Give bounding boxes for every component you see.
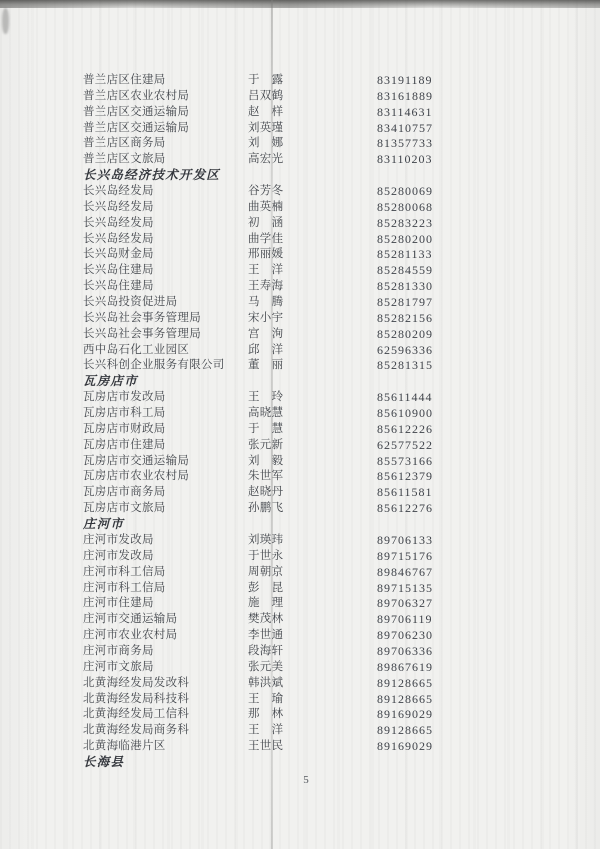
- organization-name: 普兰店区文旅局: [83, 152, 166, 168]
- contact-person-name: 王世民: [248, 739, 283, 755]
- contact-person-name: 那 林: [248, 707, 283, 723]
- organization-name: 庄河市发改局: [83, 549, 154, 565]
- contact-person-name: 周朝京: [248, 565, 283, 581]
- directory-row: 西中岛石化工业园区邱 洋62596336: [83, 343, 575, 359]
- contact-person-name: 孙鹏飞: [248, 501, 283, 517]
- contact-person-name: 刘瑛玮: [248, 533, 283, 549]
- phone-number: 85280209: [377, 327, 433, 343]
- phone-number: 85612226: [377, 422, 433, 438]
- directory-row: 庄河市科工信局彭 昆89715135: [83, 581, 575, 597]
- organization-name: 庄河市文旅局: [83, 660, 154, 676]
- phone-number: 85281797: [377, 295, 433, 311]
- phone-number: 81357733: [377, 136, 433, 152]
- contact-person-name: 刘英瑾: [248, 121, 283, 137]
- phone-number: 89706119: [377, 612, 433, 628]
- directory-section: 庄河市庄河市发改局刘瑛玮89706133庄河市发改局于世永89715176庄河市…: [83, 517, 575, 755]
- phone-number: 83161889: [377, 89, 433, 105]
- directory-row: 长兴岛社会事务管理局宫 洵85280209: [83, 327, 575, 343]
- phone-number: 89706230: [377, 628, 433, 644]
- contact-person-name: 赵 样: [248, 105, 283, 121]
- contact-directory: 普兰店区住建局于 露83191189普兰店区农业农村局吕双鹤83161889普兰…: [83, 73, 575, 771]
- contact-person-name: 邢丽媛: [248, 247, 283, 263]
- contact-person-name: 韩洪斌: [248, 676, 283, 692]
- contact-person-name: 于 露: [248, 73, 283, 89]
- phone-number: 89715176: [377, 549, 433, 565]
- contact-person-name: 初 涵: [248, 216, 283, 232]
- organization-name: 瓦房店市文旅局: [83, 501, 166, 517]
- organization-name: 瓦房店市发改局: [83, 390, 166, 406]
- directory-row: 瓦房店市文旅局孙鹏飞85612276: [83, 501, 575, 517]
- directory-row: 长兴岛经发局曲学佳85280200: [83, 232, 575, 248]
- contact-person-name: 于世永: [248, 549, 283, 565]
- phone-number: 62596336: [377, 343, 433, 359]
- contact-person-name: 宫 洵: [248, 327, 283, 343]
- organization-name: 普兰店区住建局: [83, 73, 166, 89]
- organization-name: 北黄海临港片区: [83, 739, 166, 755]
- directory-row: 庄河市商务局段海轩89706336: [83, 644, 575, 660]
- organization-name: 西中岛石化工业园区: [83, 343, 189, 359]
- contact-person-name: 王寿海: [248, 279, 283, 295]
- directory-section: 普兰店区住建局于 露83191189普兰店区农业农村局吕双鹤83161889普兰…: [83, 73, 575, 168]
- section-title: 长兴岛经济技术开发区: [83, 168, 575, 184]
- directory-section: 长海县: [83, 755, 575, 771]
- directory-row: 庄河市住建局施 理89706327: [83, 596, 575, 612]
- directory-row: 长兴岛经发局谷芳冬85280069: [83, 184, 575, 200]
- contact-person-name: 王 瑜: [248, 692, 283, 708]
- phone-number: 89706336: [377, 644, 433, 660]
- organization-name: 庄河市农业农村局: [83, 628, 177, 644]
- organization-name: 瓦房店市农业农村局: [83, 469, 189, 485]
- organization-name: 瓦房店市财政局: [83, 422, 166, 438]
- contact-person-name: 董 丽: [248, 358, 283, 374]
- phone-number: 89128665: [377, 692, 433, 708]
- phone-number: 85612379: [377, 469, 433, 485]
- contact-person-name: 宋小宇: [248, 311, 283, 327]
- organization-name: 庄河市科工信局: [83, 581, 166, 597]
- directory-row: 普兰店区农业农村局吕双鹤83161889: [83, 89, 575, 105]
- organization-name: 长兴岛经发局: [83, 200, 154, 216]
- directory-row: 长兴岛投资促进局马 腾85281797: [83, 295, 575, 311]
- organization-name: 北黄海经发局科技科: [83, 692, 189, 708]
- page-number: 5: [0, 774, 600, 786]
- organization-name: 普兰店区交通运输局: [83, 105, 189, 121]
- phone-number: 89867619: [377, 660, 433, 676]
- directory-row: 普兰店区商务局刘 娜81357733: [83, 136, 575, 152]
- section-title: 瓦房店市: [83, 374, 575, 390]
- organization-name: 北黄海经发局发改科: [83, 676, 189, 692]
- directory-row: 瓦房店市住建局张元新62577522: [83, 438, 575, 454]
- directory-row: 庄河市科工信局周朝京89846767: [83, 565, 575, 581]
- section-title: 长海县: [83, 755, 575, 771]
- directory-row: 庄河市农业农村局李世通89706230: [83, 628, 575, 644]
- contact-person-name: 刘 毅: [248, 454, 283, 470]
- organization-name: 长兴岛住建局: [83, 279, 154, 295]
- phone-number: 85611581: [377, 485, 433, 501]
- directory-row: 长兴岛经发局曲英楠85280068: [83, 200, 575, 216]
- directory-row: 瓦房店市交通运输局刘 毅85573166: [83, 454, 575, 470]
- directory-row: 北黄海临港片区王世民89169029: [83, 739, 575, 755]
- directory-row: 长兴岛住建局王寿海85281330: [83, 279, 575, 295]
- phone-number: 85611444: [377, 390, 433, 406]
- phone-number: 89706327: [377, 596, 433, 612]
- organization-name: 庄河市发改局: [83, 533, 154, 549]
- organization-name: 瓦房店市交通运输局: [83, 454, 189, 470]
- organization-name: 瓦房店市住建局: [83, 438, 166, 454]
- contact-person-name: 吕双鹤: [248, 89, 283, 105]
- organization-name: 庄河市商务局: [83, 644, 154, 660]
- contact-person-name: 张元新: [248, 438, 283, 454]
- phone-number: 85280068: [377, 200, 433, 216]
- organization-name: 长兴岛财金局: [83, 247, 154, 263]
- contact-person-name: 王 玲: [248, 390, 283, 406]
- organization-name: 长兴岛经发局: [83, 184, 154, 200]
- contact-person-name: 曲英楠: [248, 200, 283, 216]
- phone-number: 85283223: [377, 216, 433, 232]
- phone-number: 85612276: [377, 501, 433, 517]
- phone-number: 85280069: [377, 184, 433, 200]
- directory-row: 长兴岛住建局王 洋85284559: [83, 263, 575, 279]
- section-title: 庄河市: [83, 517, 575, 533]
- phone-number: 85284559: [377, 263, 433, 279]
- directory-row: 北黄海经发局商务科王 洋89128665: [83, 723, 575, 739]
- phone-number: 83110203: [377, 152, 433, 168]
- contact-person-name: 于 慧: [248, 422, 283, 438]
- contact-person-name: 施 理: [248, 596, 283, 612]
- organization-name: 长兴岛社会事务管理局: [83, 327, 201, 343]
- contact-person-name: 樊茂林: [248, 612, 283, 628]
- directory-row: 普兰店区住建局于 露83191189: [83, 73, 575, 89]
- phone-number: 85281330: [377, 279, 433, 295]
- phone-number: 62577522: [377, 438, 433, 454]
- directory-row: 普兰店区交通运输局赵 样83114631: [83, 105, 575, 121]
- contact-person-name: 张元美: [248, 660, 283, 676]
- phone-number: 89715135: [377, 581, 433, 597]
- scan-smudge: [2, 8, 9, 34]
- contact-person-name: 邱 洋: [248, 343, 283, 359]
- directory-row: 瓦房店市发改局王 玲85611444: [83, 390, 575, 406]
- phone-number: 89128665: [377, 676, 433, 692]
- phone-number: 85281315: [377, 358, 433, 374]
- organization-name: 庄河市住建局: [83, 596, 154, 612]
- scan-top-edge: [0, 0, 600, 8]
- organization-name: 庄河市科工信局: [83, 565, 166, 581]
- contact-person-name: 朱世军: [248, 469, 283, 485]
- phone-number: 89846767: [377, 565, 433, 581]
- contact-person-name: 王 洋: [248, 263, 283, 279]
- contact-person-name: 王 洋: [248, 723, 283, 739]
- directory-row: 北黄海经发局科技科王 瑜89128665: [83, 692, 575, 708]
- organization-name: 普兰店区商务局: [83, 136, 166, 152]
- directory-row: 庄河市文旅局张元美89867619: [83, 660, 575, 676]
- phone-number: 89128665: [377, 723, 433, 739]
- contact-person-name: 刘 娜: [248, 136, 283, 152]
- directory-section: 长兴岛经济技术开发区长兴岛经发局谷芳冬85280069长兴岛经发局曲英楠8528…: [83, 168, 575, 374]
- contact-person-name: 高晓慧: [248, 406, 283, 422]
- organization-name: 瓦房店市科工局: [83, 406, 166, 422]
- directory-row: 庄河市交通运输局樊茂林89706119: [83, 612, 575, 628]
- directory-row: 庄河市发改局于世永89715176: [83, 549, 575, 565]
- organization-name: 长兴科创企业服务有限公司: [83, 358, 225, 374]
- organization-name: 长兴岛住建局: [83, 263, 154, 279]
- directory-row: 长兴岛社会事务管理局宋小宇85282156: [83, 311, 575, 327]
- directory-row: 长兴岛经发局初 涵85283223: [83, 216, 575, 232]
- phone-number: 89169029: [377, 739, 433, 755]
- directory-row: 庄河市发改局刘瑛玮89706133: [83, 533, 575, 549]
- directory-row: 瓦房店市财政局于 慧85612226: [83, 422, 575, 438]
- organization-name: 长兴岛经发局: [83, 232, 154, 248]
- directory-row: 瓦房店市科工局高晓慧85610900: [83, 406, 575, 422]
- organization-name: 北黄海经发局商务科: [83, 723, 189, 739]
- phone-number: 83191189: [377, 73, 433, 89]
- directory-section: 瓦房店市瓦房店市发改局王 玲85611444瓦房店市科工局高晓慧85610900…: [83, 374, 575, 517]
- contact-person-name: 曲学佳: [248, 232, 283, 248]
- contact-person-name: 赵晓丹: [248, 485, 283, 501]
- contact-person-name: 马 腾: [248, 295, 283, 311]
- directory-row: 北黄海经发局工信科那 林89169029: [83, 707, 575, 723]
- phone-number: 83114631: [377, 105, 433, 121]
- directory-row: 北黄海经发局发改科韩洪斌89128665: [83, 676, 575, 692]
- organization-name: 普兰店区交通运输局: [83, 121, 189, 137]
- contact-person-name: 彭 昆: [248, 581, 283, 597]
- phone-number: 85280200: [377, 232, 433, 248]
- directory-row: 长兴岛财金局邢丽媛85281133: [83, 247, 575, 263]
- organization-name: 长兴岛社会事务管理局: [83, 311, 201, 327]
- phone-number: 85573166: [377, 454, 433, 470]
- organization-name: 庄河市交通运输局: [83, 612, 177, 628]
- organization-name: 北黄海经发局工信科: [83, 707, 189, 723]
- phone-number: 89706133: [377, 533, 433, 549]
- directory-row: 长兴科创企业服务有限公司董 丽85281315: [83, 358, 575, 374]
- contact-person-name: 李世通: [248, 628, 283, 644]
- phone-number: 85282156: [377, 311, 433, 327]
- contact-person-name: 段海轩: [248, 644, 283, 660]
- directory-row: 普兰店区交通运输局刘英瑾83410757: [83, 121, 575, 137]
- phone-number: 89169029: [377, 707, 433, 723]
- organization-name: 长兴岛经发局: [83, 216, 154, 232]
- phone-number: 83410757: [377, 121, 433, 137]
- directory-row: 普兰店区文旅局高宏光83110203: [83, 152, 575, 168]
- contact-person-name: 谷芳冬: [248, 184, 283, 200]
- phone-number: 85610900: [377, 406, 433, 422]
- organization-name: 瓦房店市商务局: [83, 485, 166, 501]
- organization-name: 长兴岛投资促进局: [83, 295, 177, 311]
- directory-row: 瓦房店市农业农村局朱世军85612379: [83, 469, 575, 485]
- organization-name: 普兰店区农业农村局: [83, 89, 189, 105]
- directory-row: 瓦房店市商务局赵晓丹85611581: [83, 485, 575, 501]
- phone-number: 85281133: [377, 247, 433, 263]
- contact-person-name: 高宏光: [248, 152, 283, 168]
